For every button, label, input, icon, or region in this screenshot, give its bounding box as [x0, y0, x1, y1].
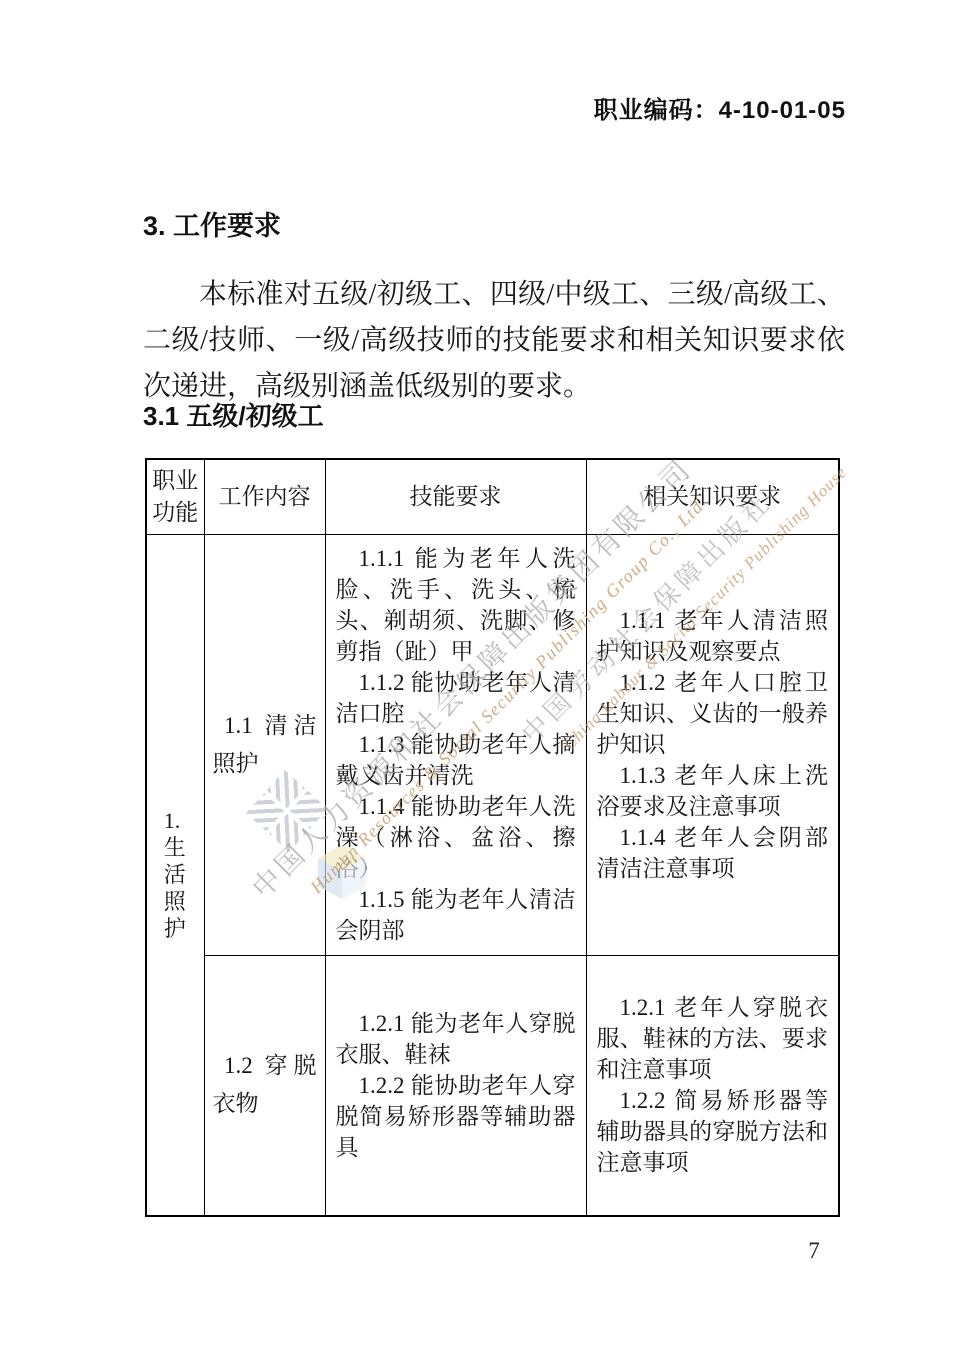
cell-paragraph: 1.2.1 能为老年人穿脱衣服、鞋袜: [336, 1008, 576, 1070]
requirements-table: 职业功能 工作内容 技能要求 相关知识要求 1. 生活照护 1.1 清洁照护 1…: [145, 458, 840, 1217]
intro-paragraph: 本标准对五级/初级工、四级/中级工、三级/高级工、二级/技师、一级/高级技师的技…: [143, 272, 845, 410]
cell-paragraph: 1.1.5 能为老年人清洁会阴部: [336, 884, 576, 946]
cell-paragraph: 1.1.4 能协助老年人洗澡（淋浴、盆浴、擦浴）: [336, 791, 576, 884]
cell-paragraph: 1.1.3 能协助老年人摘戴义齿并清洗: [336, 729, 576, 791]
page-number: 7: [796, 1238, 832, 1264]
knowledge-cell: 1.1.1 老年人清洁照护知识及观察要点1.1.2 老年人口腔卫生知识、义齿的一…: [586, 534, 839, 955]
cell-paragraph: 1.1.2 能协助老年人清洁口腔: [336, 667, 576, 729]
function-group-name: 生活照护: [164, 834, 187, 942]
cell-paragraph: 1.1.1 能为老年人洗脸、洗手、洗头、梳头、剃胡须、洗脚、修剪指（趾）甲: [336, 543, 576, 667]
header-skill-requirements: 技能要求: [325, 459, 586, 534]
work-content-label: 1.1 清洁照护: [213, 707, 317, 783]
cell-paragraph: 1.1.1 老年人清洁照护知识及观察要点: [597, 605, 829, 667]
table-row: 1.2 穿脱衣物 1.2.1 能为老年人穿脱衣服、鞋袜1.2.2 能协助老年人穿…: [146, 955, 839, 1216]
header-occupational-function: 职业功能: [146, 459, 204, 534]
header-related-knowledge: 相关知识要求: [586, 459, 839, 534]
knowledge-cell: 1.2.1 老年人穿脱衣服、鞋袜的方法、要求和注意事项1.2.2 简易矫形器等辅…: [586, 955, 839, 1216]
knowledge-list: 1.2.1 老年人穿脱衣服、鞋袜的方法、要求和注意事项1.2.2 简易矫形器等辅…: [597, 992, 829, 1178]
occupation-code: 职业编码：4-10-01-05: [594, 90, 846, 125]
knowledge-list: 1.1.1 老年人清洁照护知识及观察要点1.1.2 老年人口腔卫生知识、义齿的一…: [597, 605, 829, 884]
function-group-number: 1.: [164, 807, 187, 834]
work-content-cell: 1.2 穿脱衣物: [204, 955, 325, 1216]
function-group-label: 1. 生活照护: [164, 807, 187, 942]
work-content-label: 1.2 穿脱衣物: [213, 1047, 317, 1123]
table-header-row: 职业功能 工作内容 技能要求 相关知识要求: [146, 459, 839, 534]
work-content-cell: 1.1 清洁照护: [204, 534, 325, 955]
cell-paragraph: 1.1.4 老年人会阴部清洁注意事项: [597, 822, 829, 884]
function-group-cell: 1. 生活照护: [146, 534, 204, 1216]
skills-cell: 1.1.1 能为老年人洗脸、洗手、洗头、梳头、剃胡须、洗脚、修剪指（趾）甲1.1…: [325, 534, 586, 955]
skills-cell: 1.2.1 能为老年人穿脱衣服、鞋袜1.2.2 能协助老年人穿脱简易矫形器等辅助…: [325, 955, 586, 1216]
skills-list: 1.2.1 能为老年人穿脱衣服、鞋袜1.2.2 能协助老年人穿脱简易矫形器等辅助…: [336, 1008, 576, 1163]
cell-paragraph: 1.2.2 能协助老年人穿脱简易矫形器等辅助器具: [336, 1070, 576, 1163]
skills-list: 1.1.1 能为老年人洗脸、洗手、洗头、梳头、剃胡须、洗脚、修剪指（趾）甲1.1…: [336, 543, 576, 946]
cell-paragraph: 1.2.2 简易矫形器等辅助器具的穿脱方法和注意事项: [597, 1085, 829, 1178]
header-work-content: 工作内容: [204, 459, 325, 534]
table-row: 1. 生活照护 1.1 清洁照护 1.1.1 能为老年人洗脸、洗手、洗头、梳头、…: [146, 534, 839, 955]
section-title: 3. 工作要求: [143, 204, 281, 243]
subsection-title: 3.1 五级/初级工: [143, 396, 324, 433]
cell-paragraph: 1.1.2 老年人口腔卫生知识、义齿的一般养护知识: [597, 667, 829, 760]
cell-paragraph: 1.1.3 老年人床上洗浴要求及注意事项: [597, 760, 829, 822]
cell-paragraph: 1.2.1 老年人穿脱衣服、鞋袜的方法、要求和注意事项: [597, 992, 829, 1085]
document-page: 职业编码：4-10-01-05 3. 工作要求 本标准对五级/初级工、四级/中级…: [0, 0, 970, 1361]
